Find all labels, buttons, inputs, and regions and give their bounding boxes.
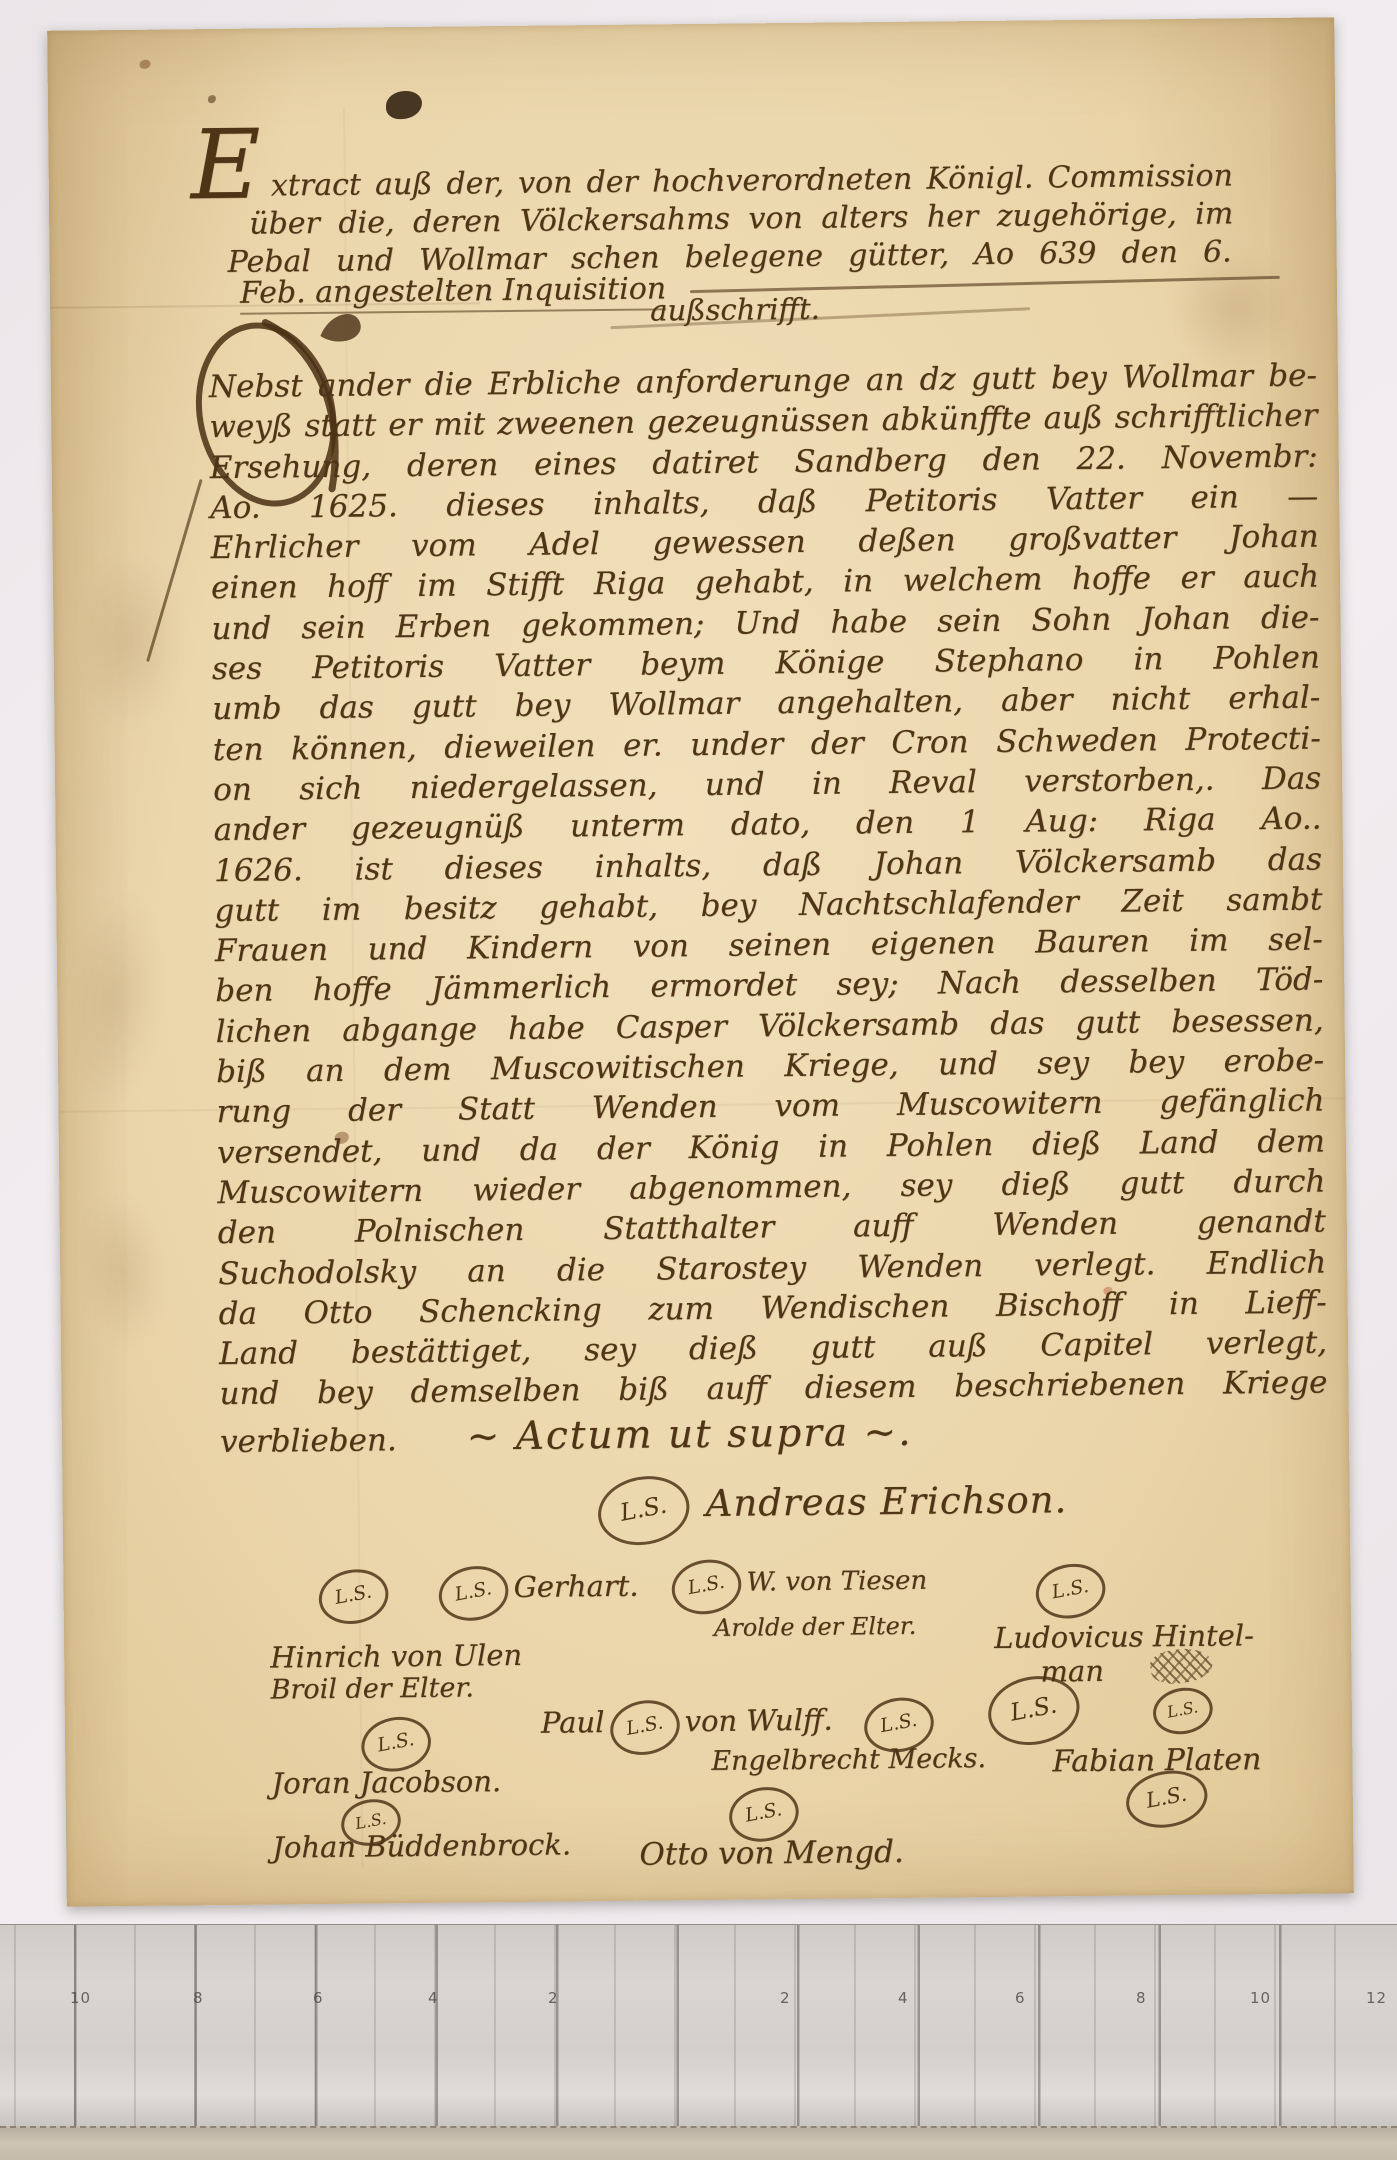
signature-hintelman: L.S. Ludovicus Hintel- man bbox=[993, 1562, 1254, 1689]
header-initial: E bbox=[190, 117, 261, 214]
signature-buddenbrock: Johan Büddenbrock. bbox=[272, 1827, 571, 1864]
ruler-number: 2 bbox=[548, 1989, 559, 2007]
signature-tiesen: L.S. W. von Tiesen Arolde der Elter. bbox=[671, 1558, 928, 1643]
closing-line: verblieben.~ Actum ut supra ~. bbox=[220, 1407, 1328, 1463]
wax-seal-mark: L.S. bbox=[314, 1564, 393, 1630]
ruler-number: 4 bbox=[898, 1989, 909, 2007]
ruler-number: 10 bbox=[70, 1989, 91, 2007]
header-line-5: außschrifft. bbox=[650, 291, 820, 329]
wax-seal-mark: L.S. bbox=[667, 1554, 746, 1620]
scanner-ruler: 10 8 6 4 2 2 4 6 8 10 12 bbox=[0, 1924, 1397, 2127]
ink-blot bbox=[386, 91, 422, 119]
stain bbox=[208, 95, 216, 103]
wax-seal-mark: L.S. bbox=[1031, 1558, 1110, 1624]
signature-seal-jacobson: L.S. bbox=[361, 1717, 432, 1772]
actum-note: ~ Actum ut supra ~. bbox=[466, 1410, 912, 1460]
bleed-through-mark bbox=[73, 549, 185, 730]
signature-platen: L.S. L.S. Fabian Platen bbox=[988, 1674, 1262, 1780]
ruler-number: 10 bbox=[1250, 1989, 1271, 2007]
principal-signature: L.S.Andreas Erichson. bbox=[597, 1472, 1067, 1545]
stain bbox=[140, 60, 151, 69]
scanned-manuscript: E xtract auß der, von der hochverordnete… bbox=[0, 0, 1397, 2160]
wax-seal-mark: L.S. bbox=[1149, 1683, 1216, 1739]
wax-seal-mark: L.S. bbox=[1121, 1764, 1212, 1834]
signature-seal-mengd: L.S. bbox=[729, 1787, 800, 1842]
closing-word: verblieben. bbox=[220, 1422, 397, 1460]
signature-mengd: Otto von Mengd. bbox=[639, 1834, 904, 1873]
bleed-through-mark bbox=[69, 1186, 174, 1354]
manuscript-body: Nebst ander die Erbliche anforderunge an… bbox=[209, 356, 1328, 1415]
ruler-tick-marks bbox=[0, 1925, 1397, 2127]
ruler-number: 2 bbox=[780, 1989, 791, 2007]
ruler-number: 8 bbox=[1136, 1989, 1147, 2007]
ruler-number: 4 bbox=[428, 1989, 439, 2007]
ruler-number: 12 bbox=[1366, 1989, 1387, 2007]
signature-mecks: Engelbrecht Mecks. bbox=[711, 1743, 986, 1777]
signature-andreas-erichson: Andreas Erichson. bbox=[705, 1478, 1067, 1525]
wax-seal-mark: L.S. bbox=[434, 1560, 513, 1626]
wax-seal-mark: L.S. bbox=[592, 1469, 695, 1553]
signature-gerhart: L.S. Gerhart. bbox=[438, 1565, 639, 1621]
signature-seal-ulen: L.S. bbox=[318, 1569, 389, 1624]
scanner-bed-strip bbox=[0, 2126, 1397, 2160]
ruler-number: 6 bbox=[313, 1989, 324, 2007]
signature-ulen: Hinrich von Ulen Broil der Elter. bbox=[270, 1638, 522, 1706]
signature-seal-platen: L.S. bbox=[1126, 1771, 1209, 1828]
wax-seal-mark: L.S. bbox=[982, 1669, 1085, 1753]
ruler-number: 6 bbox=[1015, 1989, 1026, 2007]
wax-seal-mark: L.S. bbox=[605, 1695, 684, 1761]
ruler-number: 8 bbox=[193, 1989, 204, 2007]
bleed-through-mark bbox=[55, 886, 175, 1114]
signature-jacobson: Joran Jacobson. bbox=[271, 1764, 501, 1800]
manuscript-paper: E xtract auß der, von der hochverordnete… bbox=[47, 17, 1354, 1906]
